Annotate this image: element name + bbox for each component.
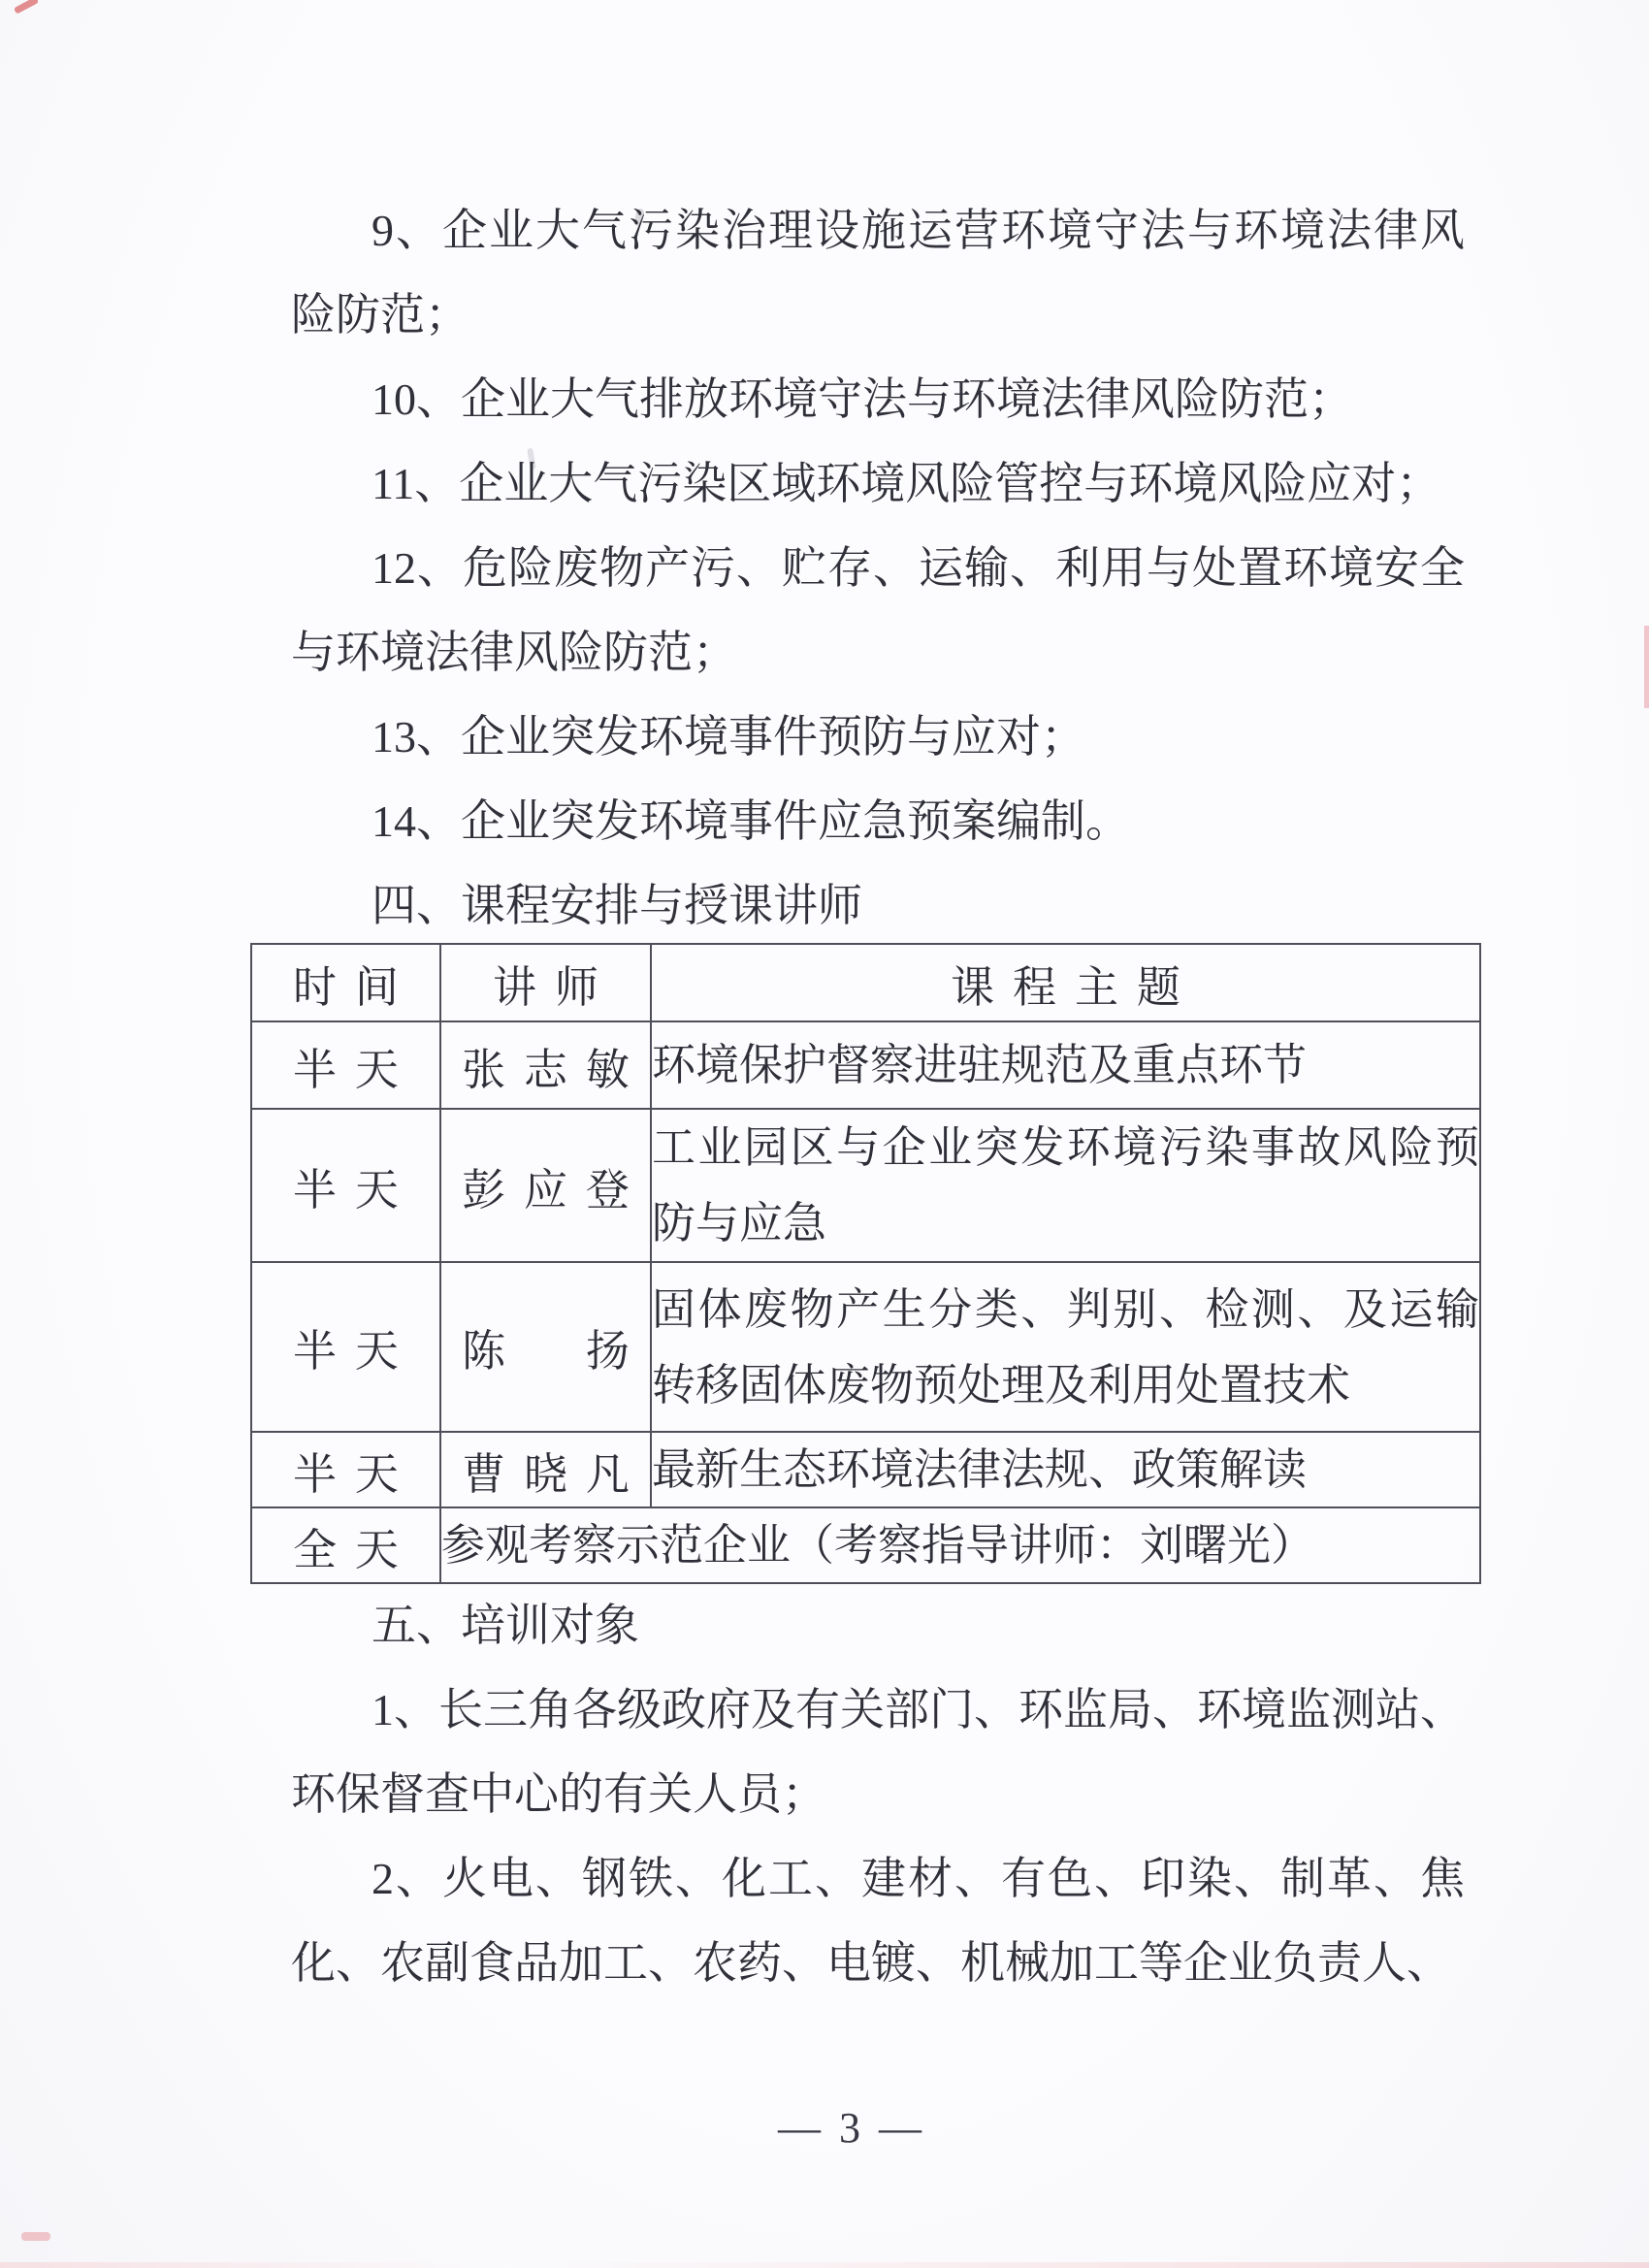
numbered-list-section: 9、企业大气污染治理设施运营环境守法与环境法律风 险防范； 10、企业大气排放环… (291, 188, 1465, 948)
trainee-item-1-line-2: 环保督查中心的有关人员； (291, 1752, 1465, 1836)
table-row: 半天 陈 扬 固体废物产生分类、判别、检测、及运输转移固体废物预处理及利用处置技… (251, 1262, 1480, 1432)
table-row: 半天 曹晓凡 最新生态环境法律法规、政策解读 (251, 1432, 1480, 1507)
list-item-12-line-2: 与环境法律风险防范； (291, 610, 1465, 695)
cell-topic: 环境保护督察进驻规范及重点环节 (651, 1021, 1480, 1109)
cell-lecturer: 彭应登 (440, 1109, 651, 1262)
cell-time: 半天 (251, 1109, 440, 1262)
scan-artifact-pink-edge (1644, 626, 1649, 708)
cell-lecturer: 张志敏 (440, 1021, 651, 1109)
list-item-14: 14、企业突发环境事件应急预案编制。 (291, 779, 1465, 863)
col-header-lecturer: 讲师 (440, 944, 651, 1021)
trainee-item-2-line-2: 化、农副食品加工、农药、电镀、机械加工等企业负责人、 (291, 1921, 1465, 2005)
table-row: 半天 彭应登 工业园区与企业突发环境污染事故风险预防与应急 (251, 1109, 1480, 1262)
cell-time: 半天 (251, 1262, 440, 1432)
list-item-12-line-1: 12、危险废物产污、贮存、运输、利用与处置环境安全 (291, 526, 1465, 610)
cell-topic: 最新生态环境法律法规、政策解读 (651, 1432, 1480, 1507)
list-item-9-line-2: 险防范； (291, 273, 1465, 357)
table-header-row: 时间 讲师 课程主题 (251, 944, 1480, 1021)
cell-visit-merged: 参观考察示范企业（考察指导讲师：刘曙光） (440, 1507, 1480, 1583)
cell-time: 半天 (251, 1021, 440, 1109)
cell-lecturer: 陈 扬 (440, 1262, 651, 1432)
course-schedule-table: 时间 讲师 课程主题 半天 张志敏 环境保护督察进驻规范及重点环节 半天 彭应登… (250, 943, 1481, 1584)
section-heading-trainees: 五、培训对象 (291, 1583, 1465, 1668)
trainee-item-2-line-1: 2、火电、钢铁、化工、建材、有色、印染、制革、焦 (291, 1836, 1465, 1921)
col-header-topic: 课程主题 (651, 944, 1480, 1021)
scan-artifact-bottom-strip (0, 2262, 1649, 2268)
trainee-section: 五、培训对象 1、长三角各级政府及有关部门、环监局、环境监测站、 环保督查中心的… (291, 1583, 1465, 2005)
cell-topic: 固体废物产生分类、判别、检测、及运输转移固体废物预处理及利用处置技术 (651, 1262, 1480, 1432)
cell-lecturer: 曹晓凡 (440, 1432, 651, 1507)
trainee-item-1-line-1: 1、长三角各级政府及有关部门、环监局、环境监测站、 (291, 1668, 1465, 1752)
cell-time: 全天 (251, 1507, 440, 1583)
table-row: 全天 参观考察示范企业（考察指导讲师：刘曙光） (251, 1507, 1480, 1583)
col-header-time: 时间 (251, 944, 440, 1021)
scan-artifact-red-mark (14, 0, 39, 15)
list-item-11: 11、企业大气污染区域环境风险管控与环境风险应对； (291, 441, 1465, 526)
page-number: — 3 — (778, 2103, 925, 2153)
cell-topic: 工业园区与企业突发环境污染事故风险预防与应急 (651, 1109, 1480, 1262)
scanned-document-page: 9、企业大气污染治理设施运营环境守法与环境法律风 险防范； 10、企业大气排放环… (0, 0, 1649, 2268)
list-item-9-line-1: 9、企业大气污染治理设施运营环境守法与环境法律风 (291, 188, 1465, 273)
table-row: 半天 张志敏 环境保护督察进驻规范及重点环节 (251, 1021, 1480, 1109)
list-item-10: 10、企业大气排放环境守法与环境法律风险防范； (291, 357, 1465, 441)
section-heading-course-schedule: 四、课程安排与授课讲师 (291, 863, 1465, 948)
cell-time: 半天 (251, 1432, 440, 1507)
list-item-13: 13、企业突发环境事件预防与应对； (291, 695, 1465, 779)
scan-artifact-pink-dot (21, 2232, 50, 2241)
